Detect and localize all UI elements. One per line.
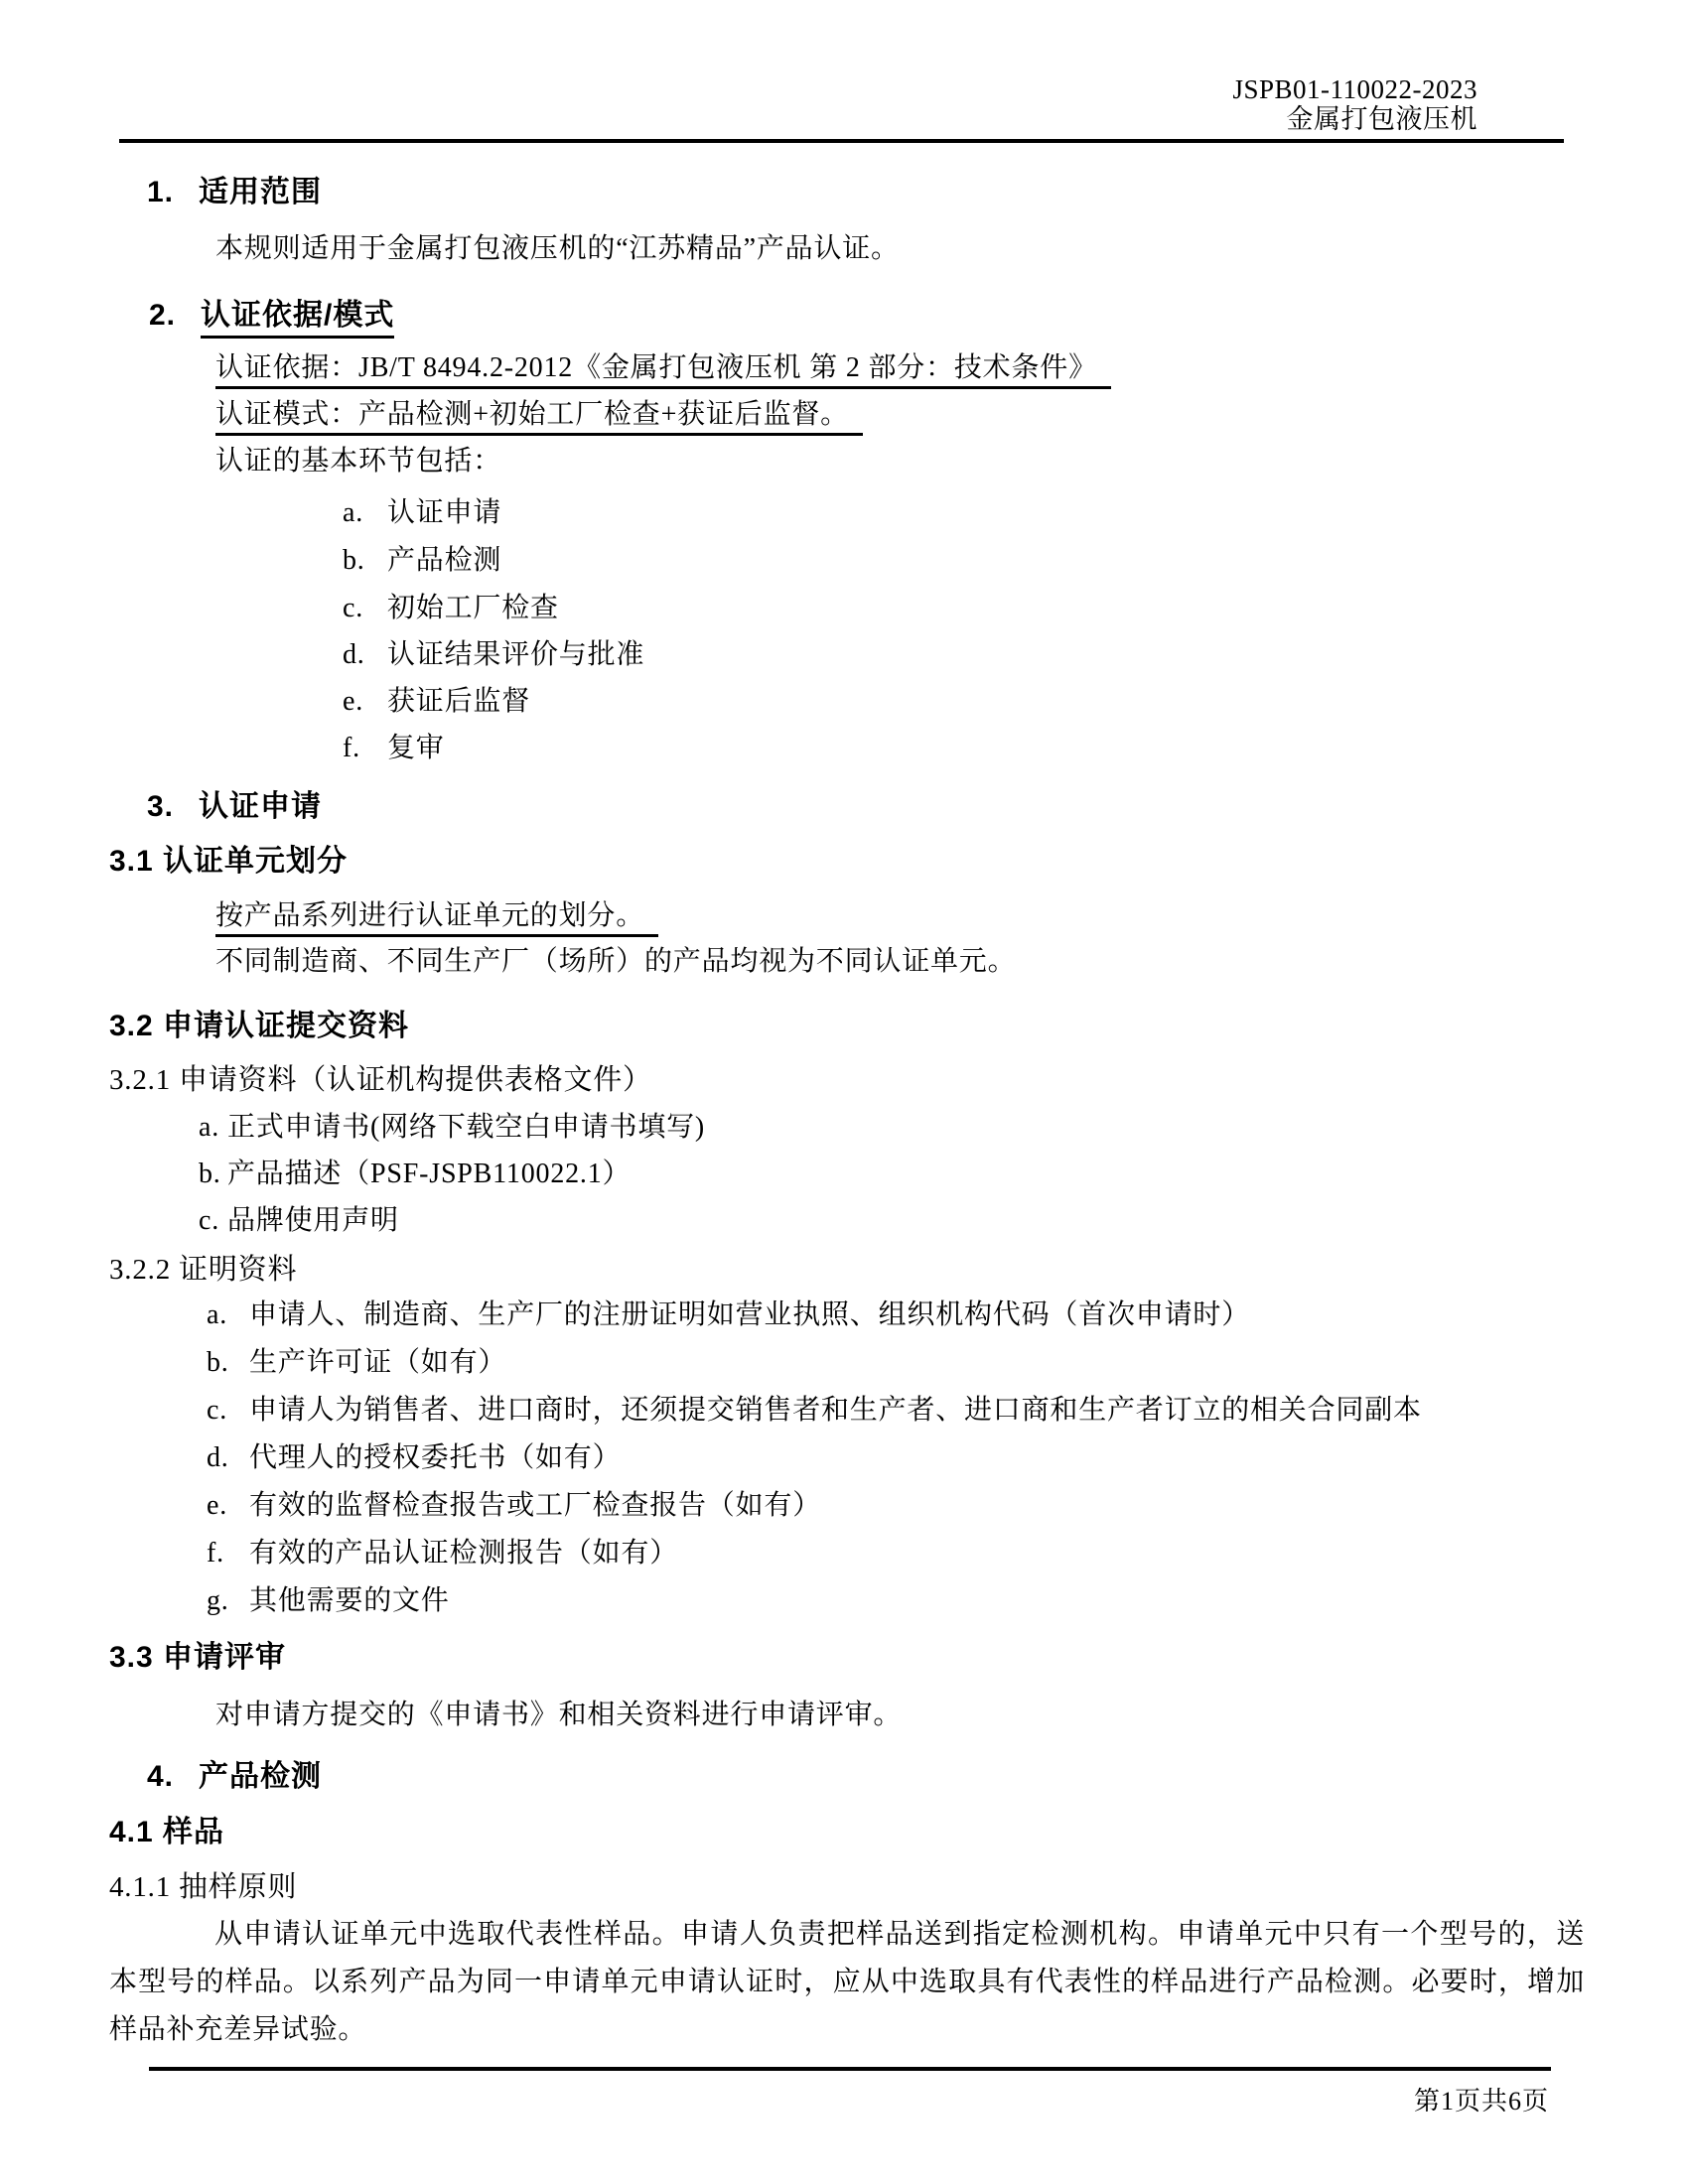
section-2-heading: 2.认证依据/模式 <box>149 298 394 334</box>
sampling-principle-body: 从申请认证单元中选取代表性样品。申请人负责把样品送到指定检测机构。申请单元中只有… <box>109 1911 1585 2054</box>
list-item: e.有效的监督检查报告或工厂检查报告（如有） <box>207 1489 821 1523</box>
list-item: c.初始工厂检查 <box>343 592 559 625</box>
certification-basis-line: 认证依据：JB/T 8494.2-2012《金属打包液压机 第 2 部分：技术条… <box>215 351 1111 385</box>
page-number: 第1页共6页 <box>1414 2081 1549 2117</box>
list-item: d.代理人的授权委托书（如有） <box>207 1441 621 1475</box>
list-item: c.申请人为销售者、进口商时，还须提交销售者和生产者、进口商和生产者订立的相关合… <box>207 1394 1422 1428</box>
list-item: b.生产许可证（如有） <box>207 1346 506 1380</box>
unit-division-body: 不同制造商、不同生产厂（场所）的产品均视为不同认证单元。 <box>215 945 1016 979</box>
section-3-number: 3. <box>147 789 199 825</box>
list-item: e.获证后监督 <box>343 685 530 719</box>
section-4-heading: 4.产品检测 <box>147 1759 322 1795</box>
list-item: b.产品检测 <box>343 544 501 578</box>
footer-rule <box>149 2067 1551 2071</box>
list-item: d.认证结果评价与批准 <box>343 638 644 672</box>
section-3-2-heading: 3.2 申请认证提交资料 <box>109 1009 409 1044</box>
section-3-3-body: 对申请方提交的《申请书》和相关资料进行申请评审。 <box>215 1699 902 1732</box>
list-item: c.品牌使用声明 <box>199 1204 399 1238</box>
section-4-title: 产品检测 <box>199 1760 322 1793</box>
section-1-number: 1. <box>147 175 199 210</box>
list-item: f.复审 <box>343 732 445 765</box>
section-1-body: 本规则适用于金属打包液压机的“江苏精品”产品认证。 <box>215 232 900 266</box>
list-item: b.产品描述（PSF-JSPB110022.1） <box>199 1158 631 1191</box>
list-item: a.正式申请书(网络下载空白申请书填写) <box>199 1111 705 1145</box>
section-3-2-2-heading: 3.2.2 证明资料 <box>109 1253 297 1288</box>
section-4-1-1-heading: 4.1.1 抽样原则 <box>109 1870 297 1905</box>
list-item: a.申请人、制造商、生产厂的注册证明如营业执照、组织机构代码（首次申请时） <box>207 1298 1250 1332</box>
section-1-title: 适用范围 <box>199 176 322 208</box>
unit-division-rule: 按产品系列进行认证单元的划分。 <box>215 899 658 933</box>
section-4-number: 4. <box>147 1759 199 1795</box>
section-3-2-1-heading: 3.2.1 申请资料（认证机构提供表格文件） <box>109 1063 652 1098</box>
certification-mode-line: 认证模式：产品检测+初始工厂检查+获证后监督。 <box>215 398 863 432</box>
section-3-1-heading: 3.1 认证单元划分 <box>109 844 348 880</box>
section-2-title: 认证依据/模式 <box>201 299 394 339</box>
list-item: g.其他需要的文件 <box>207 1584 450 1618</box>
header-rule <box>119 139 1564 143</box>
section-1-heading: 1.适用范围 <box>147 175 322 210</box>
section-3-heading: 3.认证申请 <box>147 789 322 825</box>
doc-title: 金属打包液压机 <box>1287 103 1478 135</box>
doc-number: JSPB01-110022-2023 <box>1232 73 1477 105</box>
section-4-1-heading: 4.1 样品 <box>109 1815 224 1850</box>
section-3-3-heading: 3.3 申请评审 <box>109 1640 286 1676</box>
document-page: JSPB01-110022-2023 金属打包液压机 1.适用范围 本规则适用于… <box>0 0 1688 2184</box>
section-3-title: 认证申请 <box>199 790 322 823</box>
basic-steps-intro: 认证的基本环节包括： <box>215 445 501 478</box>
list-item: f.有效的产品认证检测报告（如有） <box>207 1537 678 1570</box>
list-item: a.认证申请 <box>343 496 501 530</box>
section-2-number: 2. <box>149 298 201 334</box>
